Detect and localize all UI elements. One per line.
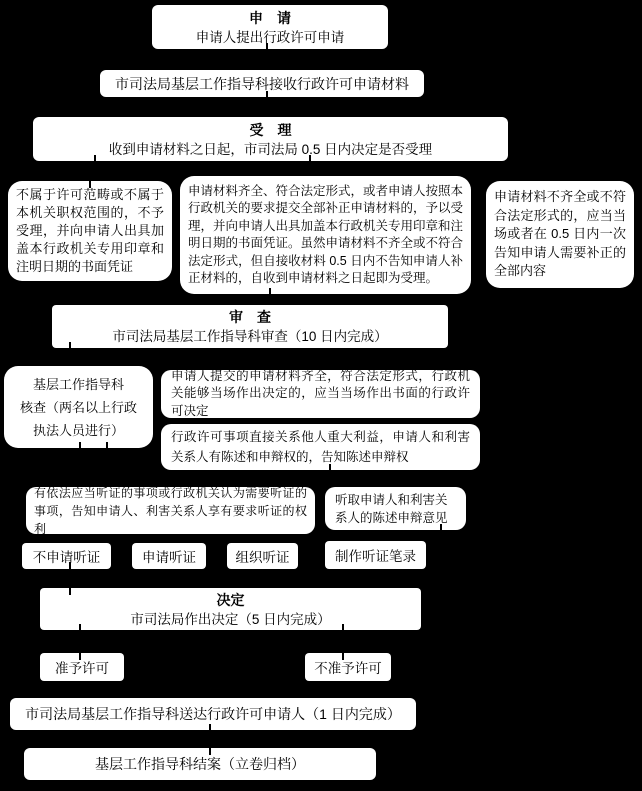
node-receive-materials: 市司法局基层工作指导科接收行政许可申请材料 [100, 70, 424, 97]
node-inform-statement-right-label: 行政许可事项直接关系他人重大利益，申请人和利害关系人有陈述和申辩权的，告知陈述申… [171, 427, 470, 467]
node-hearing-request-label: 申请听证 [132, 546, 206, 566]
node-accepted-detail: 申请材料齐全、符合法定形式，或者申请人按照本行政机关的要求提交全部补正申请材料的… [180, 176, 471, 294]
node-deny-license-label: 不准予许可 [305, 657, 391, 677]
node-application: 申 请 申请人提出行政许可申请 [152, 5, 388, 49]
node-not-accepted-label: 不属于许可范畴或不属于本机关职权范围的，不予受理，并向申请人出具加盖本行政机关专… [16, 186, 164, 276]
node-onspot-decision-label: 申请人提交的申请材料齐全，符合法定形式，行政机关能够当场作出决定的，应当当场作出… [171, 368, 470, 421]
node-delivery-label: 市司法局基层工作指导科送达行政许可申请人（1 日内完成） [10, 704, 416, 724]
node-review-title: 审 查 [52, 307, 448, 327]
node-review: 审 查 市司法局基层工作指导科审查（10 日内完成） [52, 305, 448, 348]
node-no-hearing-request: 不申请听证 [22, 543, 111, 569]
connector-tick [266, 91, 268, 99]
node-decision-title: 决定 [40, 590, 421, 610]
node-onspot-decision: 申请人提交的申请材料齐全，符合法定形式，行政机关能够当场作出决定的，应当当场作出… [161, 370, 480, 418]
connector-tick [269, 288, 271, 296]
node-inform-statement-right: 行政许可事项直接关系他人重大利益，申请人和利害关系人有陈述和申辩权的，告知陈述申… [161, 424, 480, 470]
flowchart-canvas: 申 请 申请人提出行政许可申请 市司法局基层工作指导科接收行政许可申请材料 受 … [0, 0, 642, 791]
node-hearing-notification: 有依法应当听证的事项或行政机关认为需要听证的事项，告知申请人、利害关系人享有要求… [26, 487, 315, 534]
node-incomplete-materials-label: 申请材料不齐全或不符合法定形式的，应当当场或者在 0.5 日内一次告知申请人需要… [494, 188, 626, 281]
node-listen-statements: 听取申请人和利害关系人的陈述申辩意见 [325, 487, 466, 530]
node-field-verification: 基层工作指导科 核查（两名以上行政 执法人员进行） [4, 366, 153, 448]
node-hearing-request: 申请听证 [132, 543, 206, 569]
node-field-verification-label: 基层工作指导科 核查（两名以上行政 执法人员进行） [4, 373, 153, 442]
connector-tick [342, 652, 344, 660]
node-case-closing-label: 基层工作指导科结案（立卷归档） [24, 754, 376, 774]
connector-tick [309, 155, 311, 163]
connector-tick [209, 747, 211, 755]
connector-tick [79, 652, 81, 660]
node-accepted-detail-label: 申请材料齐全、符合法定形式，或者申请人按照本行政机关的要求提交全部补正申请材料的… [188, 183, 463, 288]
node-receive-materials-label: 市司法局基层工作指导科接收行政许可申请材料 [100, 74, 424, 94]
node-incomplete-materials: 申请材料不齐全或不符合法定形式的，应当当场或者在 0.5 日内一次告知申请人需要… [486, 181, 634, 288]
node-review-body: 市司法局基层工作指导科审查（10 日内完成） [52, 327, 448, 346]
connector-tick [440, 524, 442, 532]
node-application-body: 申请人提出行政许可申请 [152, 28, 388, 47]
node-listen-statements-label: 听取申请人和利害关系人的陈述申辩意见 [335, 491, 456, 527]
node-not-accepted: 不属于许可范畴或不属于本机关职权范围的，不予受理，并向申请人出具加盖本行政机关专… [8, 181, 172, 281]
connector-tick [79, 442, 81, 450]
node-acceptance-title: 受 理 [33, 120, 508, 140]
node-grant-license-label: 准予许可 [40, 657, 124, 677]
node-decision-body: 市司法局作出决定（5 日内完成） [40, 610, 421, 629]
node-no-hearing-request-label: 不申请听证 [22, 546, 111, 566]
connector-tick [94, 155, 96, 163]
connector-tick [209, 724, 211, 732]
connector-tick [69, 587, 71, 595]
connector-tick [89, 180, 91, 188]
node-organize-hearing: 组织听证 [227, 543, 298, 569]
node-acceptance-body: 收到申请材料之日起，市司法局 0.5 日内决定是否受理 [33, 140, 508, 159]
node-decision: 决定 市司法局作出决定（5 日内完成） [40, 588, 421, 630]
connector-tick [342, 624, 344, 632]
node-deny-license: 不准予许可 [305, 653, 391, 681]
node-hearing-notification-label: 有依法应当听证的事项或行政机关认为需要听证的事项，告知申请人、利害关系人享有要求… [34, 484, 307, 538]
connector-tick [329, 464, 331, 472]
node-case-closing: 基层工作指导科结案（立卷归档） [24, 748, 376, 780]
connector-tick [69, 342, 71, 350]
connector-tick [266, 43, 268, 51]
node-delivery: 市司法局基层工作指导科送达行政许可申请人（1 日内完成） [10, 698, 416, 730]
connector-tick [69, 562, 71, 570]
connector-tick [79, 624, 81, 632]
node-hearing-transcript-label: 制作听证笔录 [325, 545, 426, 565]
node-acceptance: 受 理 收到申请材料之日起，市司法局 0.5 日内决定是否受理 [33, 117, 508, 161]
node-application-title: 申 请 [152, 8, 388, 28]
node-grant-license: 准予许可 [40, 653, 124, 681]
node-organize-hearing-label: 组织听证 [227, 546, 298, 566]
connector-tick [106, 442, 108, 450]
node-hearing-transcript: 制作听证笔录 [325, 541, 426, 569]
